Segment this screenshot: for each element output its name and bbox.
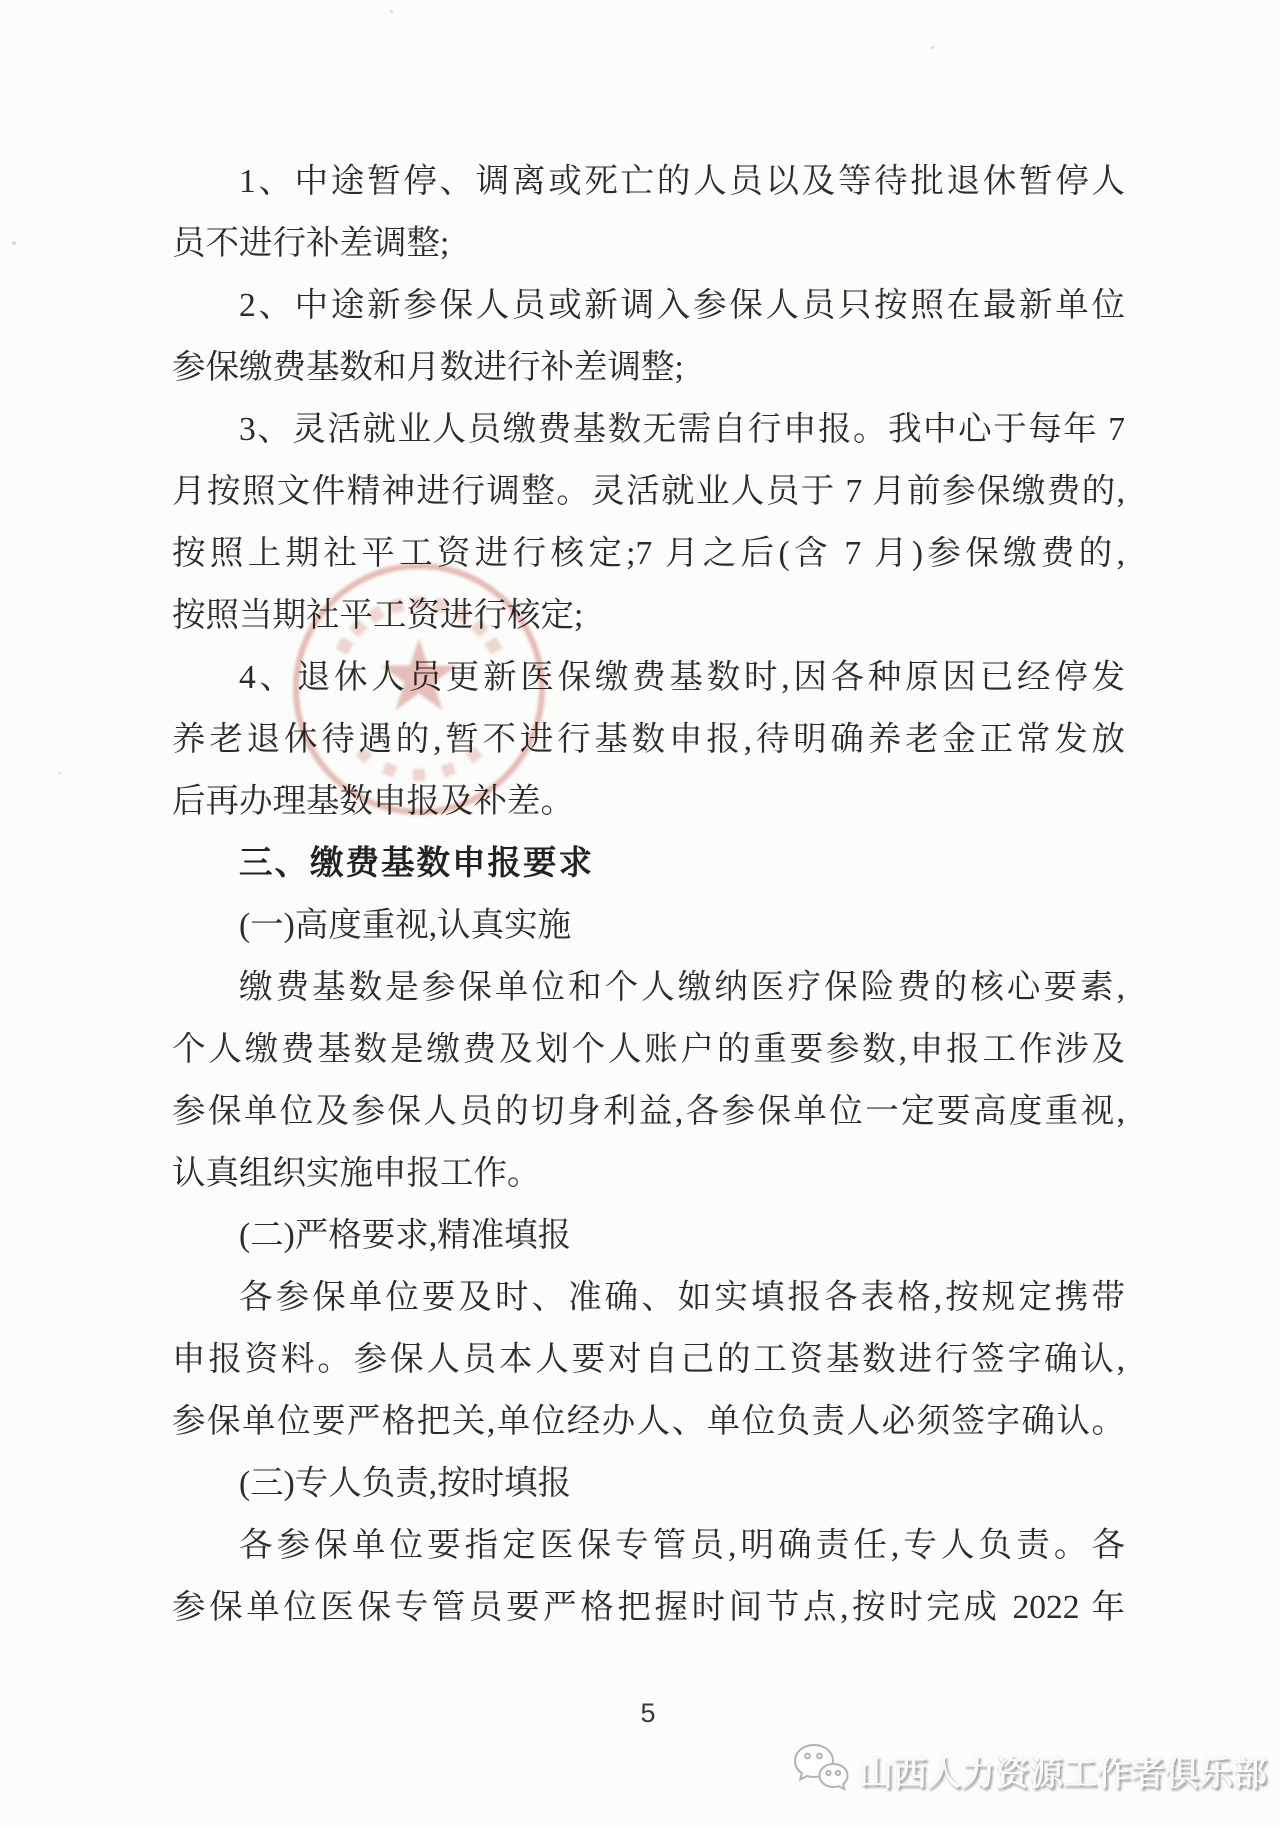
- text-line: 养老退休待遇的,暂不进行基数申报,待明确养老金正常发放: [172, 709, 1125, 771]
- document-page: 1、中途暂停、调离或死亡的人员以及等待批退休暂停人员不进行补差调整;2、中途新参…: [0, 0, 1280, 1825]
- text-line: 按照上期社平工资进行核定;7 月之后(含 7 月)参保缴费的,: [172, 523, 1125, 585]
- page-number: 5: [0, 1698, 1280, 1729]
- text-line: 参保单位医保专管员要严格把握时间节点,按时完成 2022 年: [172, 1577, 1125, 1639]
- wechat-small-bubble: [820, 1764, 848, 1789]
- subsection-heading: (二)严格要求,精准填报: [172, 1205, 1125, 1267]
- text-line: 各参保单位要指定医保专管员,明确责任,专人负责。各: [172, 1515, 1125, 1577]
- text-line: 个人缴费基数是缴费及划个人账户的重要参数,申报工作涉及: [172, 1019, 1125, 1081]
- scan-speck: [390, 10, 393, 13]
- document-body: 1、中途暂停、调离或死亡的人员以及等待批退休暂停人员不进行补差调整;2、中途新参…: [172, 151, 1125, 1639]
- text-line: 1、中途暂停、调离或死亡的人员以及等待批退休暂停人: [172, 151, 1125, 213]
- subsection-heading: (一)高度重视,认真实施: [172, 895, 1125, 957]
- scan-speck: [12, 241, 16, 245]
- text-line: 认真组织实施申报工作。: [172, 1143, 1125, 1205]
- text-line: 参保单位及参保人员的切身利益,各参保单位一定要高度重视,: [172, 1081, 1125, 1143]
- text-line: 参保缴费基数和月数进行补差调整;: [172, 337, 1125, 399]
- section-heading: 三、缴费基数申报要求: [172, 833, 1125, 895]
- text-line: 3、灵活就业人员缴费基数无需自行申报。我中心于每年 7: [172, 399, 1125, 461]
- text-line: 申报资料。参保人员本人要对自己的工资基数进行签字确认,: [172, 1329, 1125, 1391]
- text-line: 月按照文件精神进行调整。灵活就业人员于 7 月前参保缴费的,: [172, 461, 1125, 523]
- text-line: 2、中途新参保人员或新调入参保人员只按照在最新单位: [172, 275, 1125, 337]
- scan-speck: [58, 772, 61, 775]
- brand-watermark: 山西人力资源工作者俱乐部: [792, 1742, 1267, 1798]
- watermark-text: 山西人力资源工作者俱乐部: [859, 1746, 1267, 1795]
- text-line: 4、退休人员更新医保缴费基数时,因各种原因已经停发: [172, 647, 1125, 709]
- text-line: 按照当期社平工资进行核定;: [172, 585, 1125, 647]
- text-line: 缴费基数是参保单位和个人缴纳医疗保险费的核心要素,: [172, 957, 1125, 1019]
- text-line: 后再办理基数申报及补差。: [172, 771, 1125, 833]
- subsection-heading: (三)专人负责,按时填报: [172, 1453, 1125, 1515]
- text-line: 各参保单位要及时、准确、如实填报各表格,按规定携带: [172, 1267, 1125, 1329]
- text-line: 参保单位要严格把关,单位经办人、单位负责人必须签字确认。: [172, 1391, 1125, 1453]
- text-line: 员不进行补差调整;: [172, 213, 1125, 275]
- scan-speck: [931, 46, 934, 49]
- wechat-icon: [792, 1742, 850, 1798]
